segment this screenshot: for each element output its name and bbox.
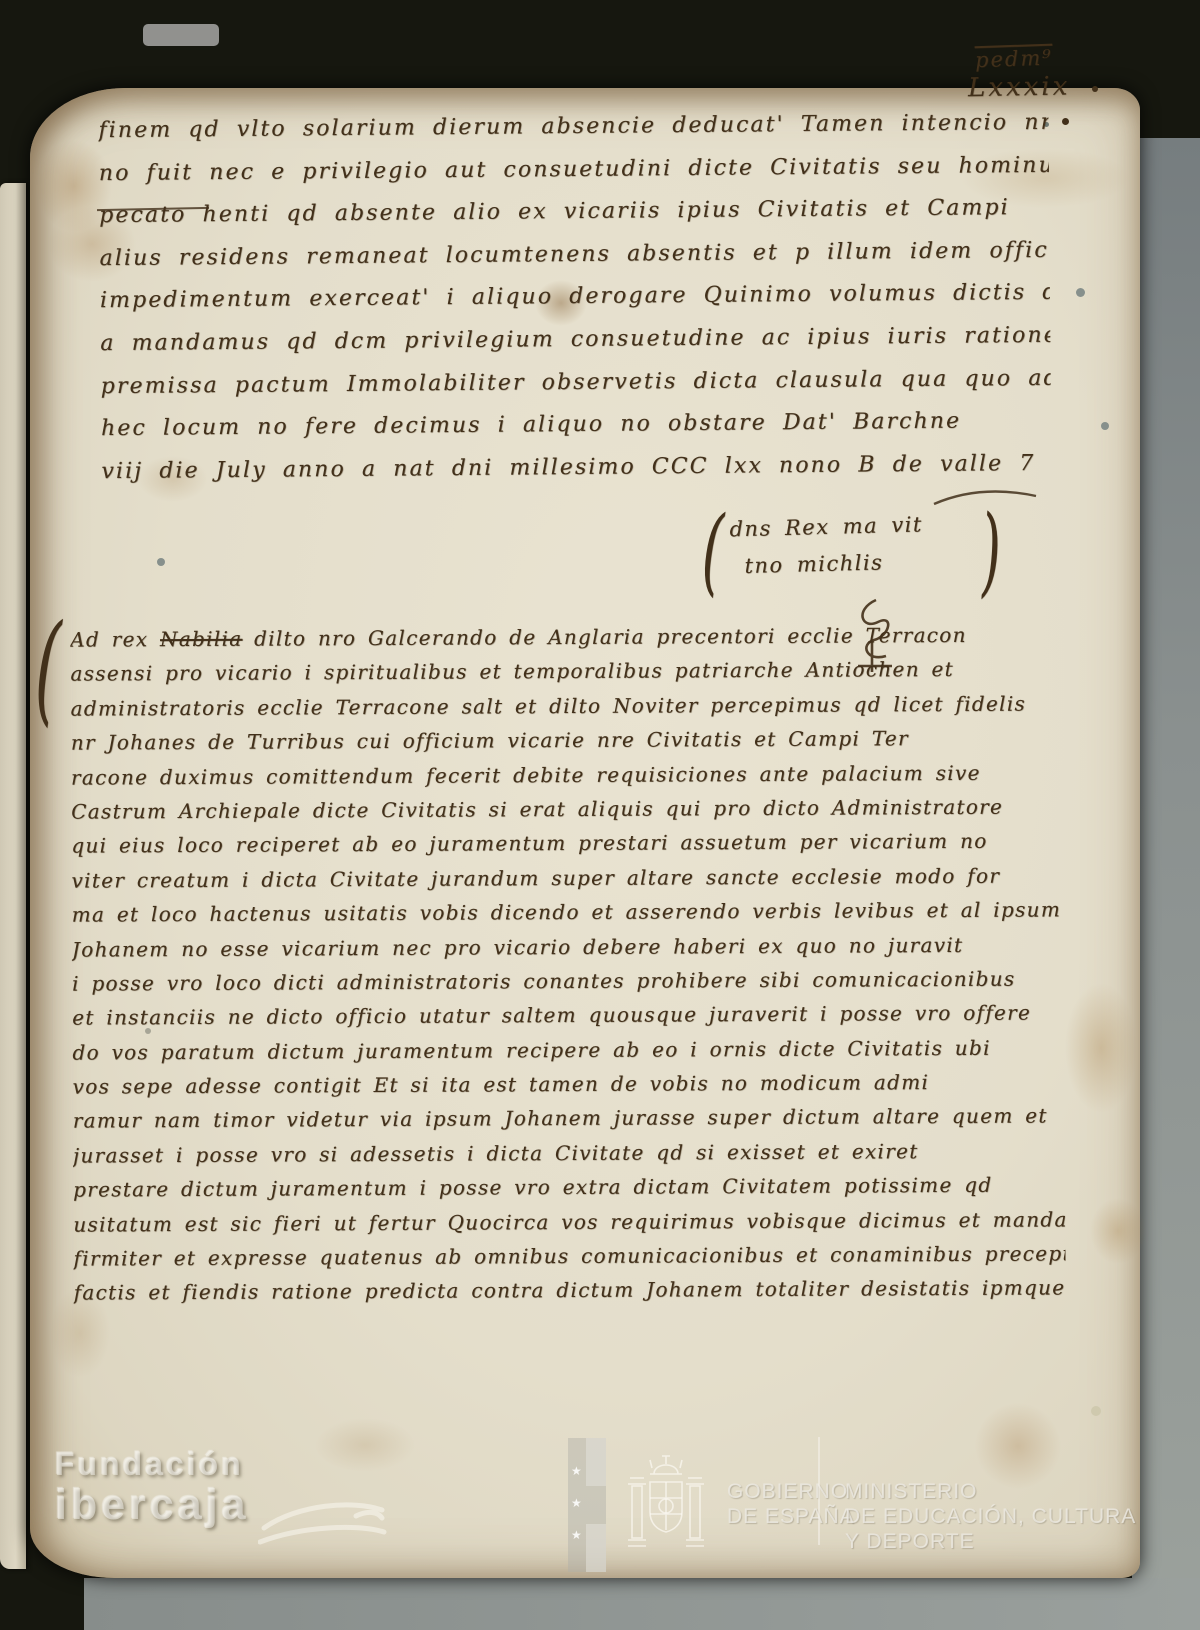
manuscript-line: administratoris ecclie Terracone salt et… — [71, 686, 1063, 726]
line-text: dilto nro Galcerando de Anglaria precent… — [242, 623, 966, 651]
manuscript-line: jurasset i posse vro si adessetis i dict… — [73, 1133, 1065, 1173]
struck-word: Nabilia — [160, 627, 243, 651]
manuscript-line: tno michlis — [730, 542, 991, 586]
paragraph-2-lines: assensi pro vicario i spiritualibus et t… — [70, 652, 1065, 1311]
manuscript-line: usitatum est sic fieri ut fertur Quocirc… — [73, 1202, 1065, 1242]
ministerio-line3: Y DEPORTE — [845, 1529, 1136, 1554]
scanner-background-right — [1132, 138, 1200, 1630]
worm-hole — [1091, 1406, 1101, 1416]
ink-dot — [1062, 118, 1069, 125]
eu-bar-light-bottom — [586, 1524, 606, 1572]
worm-hole — [1076, 288, 1085, 297]
manuscript-scan-photo: { "header": { "annotation": "pedm⁹", "fo… — [0, 0, 1200, 1630]
manuscript-line: racone duximus comittendum fecerit debit… — [71, 755, 1063, 795]
manuscript-line: a mandamus qd dcm privilegium consuetudi… — [100, 315, 1050, 366]
paragraph-2: Ad rex Nabilia dilto nro Galcerando de A… — [70, 617, 1066, 1322]
parchment-stain — [1090, 1198, 1146, 1264]
manuscript-line: do vos paratum dictum juramentum reciper… — [72, 1030, 1064, 1070]
manuscript-line: prestare dictum juramentum i posse vro e… — [73, 1168, 1065, 1208]
manuscript-line: nr Johanes de Turribus cui officium vica… — [71, 721, 1063, 761]
manuscript-line: factis et fiendis ratione predicta contr… — [74, 1271, 1066, 1311]
manuscript-line: viter creatum i dicta Civitate jurandum … — [71, 858, 1063, 898]
marginal-note: dns Rex ma vittno michlis — [729, 505, 991, 586]
manuscript-line: Johanem no esse vicarium nec pro vicario… — [72, 927, 1064, 967]
manuscript-line: et instanciis ne dicto officio utatur sa… — [72, 996, 1064, 1036]
parchment-stain — [975, 1403, 1061, 1489]
manuscript-line: Castrum Archiepale dicte Civitatis si er… — [71, 789, 1063, 829]
folio-number: Lxxxix — [968, 71, 1109, 103]
manuscript-line: firmiter et expresse quatenus ab omnibus… — [73, 1236, 1065, 1276]
manuscript-line: vos sepe adesse contigit Et si ita est t… — [73, 1064, 1065, 1104]
eu-stars-bar: ★ ★ ★ — [568, 1438, 606, 1572]
eu-bar-light-top — [586, 1438, 606, 1486]
scanner-background-bottom — [84, 1578, 1200, 1630]
ibercaja-watermark-line1: Fundación — [55, 1448, 250, 1480]
ministerio-line2: DE EDUCACIÓN, CULTURA — [845, 1504, 1136, 1529]
ministerio-line1: MINISTERIO — [845, 1479, 1136, 1504]
folio-annotation: pedm⁹ — [975, 44, 1106, 73]
gobierno-line2: DE ESPAÑA — [727, 1504, 855, 1529]
manuscript-line: Ad rex Nabilia dilto nro Galcerando de A… — [70, 617, 1062, 657]
manuscript-line: ramur nam timor videtur via ipsum Johane… — [73, 1099, 1065, 1139]
manuscript-line: ma et loco hactenus usitatis vobis dicen… — [72, 893, 1064, 933]
previous-page-edge — [0, 183, 26, 1569]
gobierno-line1: GOBIERNO — [727, 1479, 855, 1504]
gobierno-espana-watermark: GOBIERNO DE ESPAÑA — [727, 1479, 855, 1529]
manuscript-line: qui eius loco reciperet ab eo juramentum… — [71, 824, 1063, 864]
watermark-divider — [818, 1437, 820, 1545]
worm-hole — [1101, 422, 1109, 430]
manuscript-line: assensi pro vicario i spiritualibus et t… — [70, 652, 1062, 692]
ibercaja-watermark: Fundación ibercaja — [55, 1448, 250, 1527]
star-icon: ★ — [571, 1464, 582, 1478]
star-icon: ★ — [571, 1528, 582, 1542]
scanner-clip — [143, 24, 219, 46]
line-text: Ad rex — [70, 627, 160, 651]
manuscript-line: i posse vro loco dicti administratoris c… — [72, 961, 1064, 1001]
worm-hole — [157, 558, 165, 566]
spain-coat-of-arms-icon — [620, 1448, 712, 1564]
ministerio-watermark: MINISTERIO DE EDUCACIÓN, CULTURA Y DEPOR… — [845, 1479, 1136, 1554]
ibercaja-swoosh-icon — [258, 1486, 388, 1556]
parchment-stain — [315, 1418, 415, 1472]
manuscript-line: viij die July anno a nat dni millesimo C… — [101, 443, 1051, 494]
paragraph-1: finem qd vlto solarium dierum absencie d… — [98, 102, 1051, 500]
ink-dot — [1092, 86, 1098, 92]
ibercaja-watermark-line2: ibercaja — [55, 1484, 250, 1527]
star-icon: ★ — [571, 1496, 582, 1510]
parchment-stain — [1065, 983, 1137, 1113]
note-open-paren: ( — [700, 493, 725, 607]
